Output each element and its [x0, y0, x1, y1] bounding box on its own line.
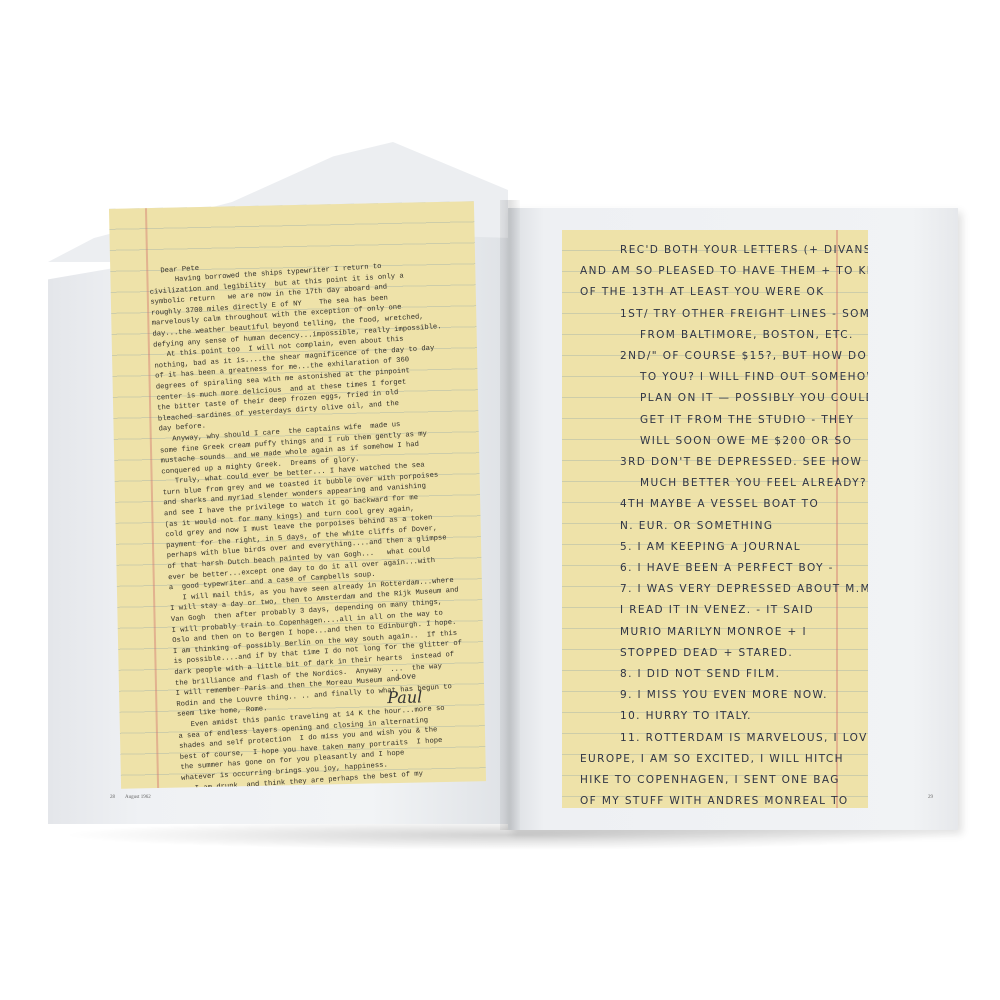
- handwritten-line: 7. I WAS VERY DEPRESSED ABOUT M.M. -: [580, 579, 868, 600]
- handwritten-line: PLAN ON IT — POSSIBLY YOU COULD: [580, 388, 868, 409]
- handwritten-line: REC'D BOTH YOUR LETTERS (+ DIVANS) TODAY…: [580, 240, 868, 261]
- handwritten-letter: REC'D BOTH YOUR LETTERS (+ DIVANS) TODAY…: [562, 230, 868, 808]
- left-page-number: 28: [110, 795, 115, 800]
- handwritten-line: 11. ROTTERDAM IS MARVELOUS, I LOVE: [580, 728, 868, 749]
- handwritten-line: OF THE 13TH AT LEAST YOU WERE OK: [580, 282, 868, 303]
- handwritten-line: TO YOU? I WILL FIND OUT SOMEHOW.: [580, 367, 868, 388]
- handwritten-line: 2ND/" OF COURSE $15?, BUT HOW DO I GET I…: [580, 346, 868, 367]
- handwritten-line: I READ IT IN VENEZ. - IT SAID: [580, 600, 868, 621]
- handwritten-line: MUCH BETTER YOU FEEL ALREADY?: [580, 473, 868, 494]
- open-book: Dear Pete Having borrowed the ships type…: [0, 0, 1000, 1000]
- running-footer: August 1962: [125, 795, 151, 800]
- book-gutter: [500, 200, 520, 830]
- typewritten-letter: Dear Pete Having borrowed the ships type…: [109, 201, 486, 789]
- handwritten-line: 5. I AM KEEPING A JOURNAL: [580, 537, 868, 558]
- handwritten-line: 3RD DON'T BE DEPRESSED. SEE HOW: [580, 452, 868, 473]
- handwritten-line: MURIO MARILYN MONROE + I: [580, 622, 868, 643]
- handwritten-line: 6. I HAVE BEEN A PERFECT BOY -: [580, 558, 868, 579]
- handwritten-line: OF MY STUFF WITH ANDRES MONREAL TO: [580, 791, 868, 808]
- handwritten-line: 1ST/ TRY OTHER FREIGHT LINES - SOME LEAV…: [580, 304, 868, 325]
- handwritten-line: 4TH MAYBE A VESSEL BOAT TO: [580, 494, 868, 515]
- handwritten-line: STOPPED DEAD + STARED.: [580, 643, 868, 664]
- handwritten-line: 10. HURRY TO ITALY.: [580, 706, 868, 727]
- handwritten-line: GET IT FROM THE STUDIO - THEY: [580, 410, 868, 431]
- handwritten-line: 9. I MISS YOU EVEN MORE NOW.: [580, 685, 868, 706]
- handwritten-line: N. EUR. OR SOMETHING: [580, 516, 868, 537]
- right-page-number: 29: [928, 795, 933, 800]
- handwritten-line: 8. I DID NOT SEND FILM.: [580, 664, 868, 685]
- letter-body: Having borrowed the ships typewriter I r…: [149, 258, 483, 789]
- handwritten-line: FROM BALTIMORE, BOSTON, ETC.: [580, 325, 868, 346]
- letter-closing: Love: [397, 673, 416, 682]
- handwritten-line: WILL SOON OWE ME $200 OR SO: [580, 431, 868, 452]
- handwritten-line: AND AM SO PLEASED TO HAVE THEM + TO KNOW…: [580, 261, 868, 282]
- handwritten-line: EUROPE, I AM SO EXCITED, I WILL HITCH: [580, 749, 868, 770]
- handwritten-line: HIKE TO COPENHAGEN, I SENT ONE BAG: [580, 770, 868, 791]
- handwritten-lines: REC'D BOTH YOUR LETTERS (+ DIVANS) TODAY…: [580, 240, 868, 808]
- letter-signature: Paul: [387, 687, 422, 707]
